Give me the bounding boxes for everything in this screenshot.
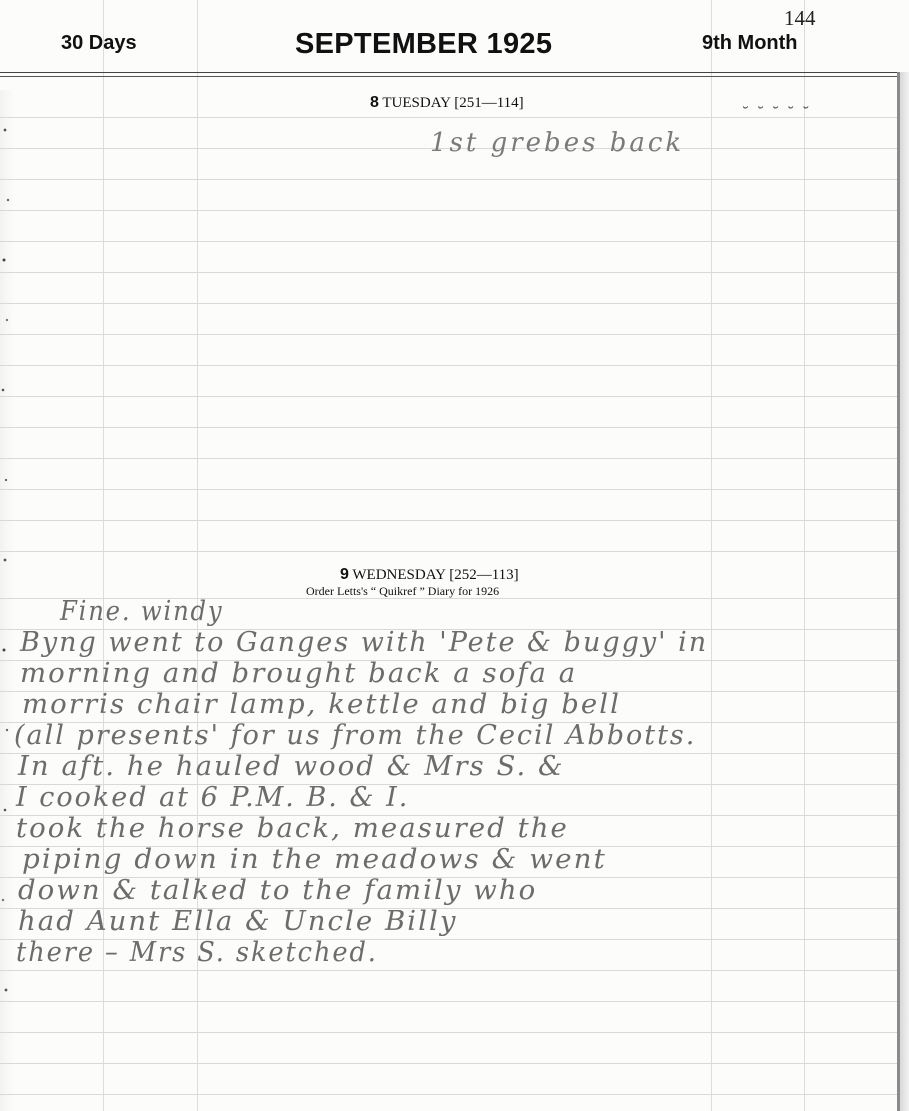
day-number: 9	[340, 566, 349, 583]
binding-edge	[0, 90, 14, 1111]
column-rule	[711, 0, 712, 1111]
ruled-line	[0, 1063, 897, 1064]
printed-advert-note: Order Letts's “ Quikref ” Diary for 1926	[306, 584, 499, 599]
ruled-line	[0, 1032, 897, 1033]
day-heading-wednesday: 9 WEDNESDAY [252—113]	[340, 566, 519, 584]
handwritten-line: Byng went to Ganges with 'Pete & buggy' …	[20, 627, 708, 658]
ruled-line	[0, 458, 897, 459]
ruled-line	[0, 427, 897, 428]
day-number: 8	[370, 94, 379, 111]
handwritten-line: had Aunt Ella & Uncle Billy	[18, 906, 457, 937]
ruled-line	[0, 551, 897, 552]
handwritten-line: morning and brought back a sofa a	[20, 658, 577, 689]
day-counts: [251—114]	[454, 95, 523, 111]
handwritten-line: Fine. windy	[60, 596, 223, 627]
day-heading-tuesday: 8 TUESDAY [251—114]	[370, 94, 524, 112]
header-rule	[0, 76, 909, 77]
page-title: SEPTEMBER 1925	[295, 28, 552, 61]
handwritten-line: In aft. he hauled wood & Mrs S. &	[18, 751, 565, 782]
bird-sketch-icon: ˘ ˘ ˘ ˘ ˘	[740, 104, 809, 123]
month-ordinal-label: 9th Month	[702, 32, 798, 55]
weekday: TUESDAY	[382, 95, 450, 111]
header-rule	[0, 72, 909, 73]
ruled-line	[0, 365, 897, 366]
ruled-line	[0, 1001, 897, 1002]
days-count-label: 30 Days	[61, 32, 137, 55]
ruled-line	[0, 303, 897, 304]
handwritten-line: I cooked at 6 P.M. B. & I.	[16, 782, 409, 813]
handwritten-line: took the horse back, measured the	[16, 813, 569, 844]
ruled-line	[0, 970, 897, 971]
page-edge-shadow	[900, 72, 909, 1111]
column-rule	[804, 0, 805, 1111]
ruled-line	[0, 179, 897, 180]
handwritten-note: 1st grebes back	[430, 128, 684, 158]
page-number: 144	[784, 6, 816, 31]
ruled-line	[0, 489, 897, 490]
diary-page: 30 Days SEPTEMBER 1925 9th Month 144 8 T…	[0, 0, 909, 1111]
weekday: WEDNESDAY	[352, 567, 445, 583]
ruled-line	[0, 272, 897, 273]
day-counts: [252—113]	[449, 567, 518, 583]
handwritten-line: (all presents' for us from the Cecil Abb…	[14, 720, 696, 751]
ruled-line	[0, 396, 897, 397]
ruled-line	[0, 241, 897, 242]
handwritten-line: down & talked to the family who	[18, 875, 537, 906]
ruled-line	[0, 520, 897, 521]
ruled-line	[0, 334, 897, 335]
ruled-line	[0, 210, 897, 211]
handwritten-line: morris chair lamp, kettle and big bell	[22, 689, 621, 720]
ruled-line	[0, 1094, 897, 1095]
handwritten-line: piping down in the meadows & went	[22, 844, 607, 875]
handwritten-line: there – Mrs S. sketched.	[16, 937, 378, 968]
